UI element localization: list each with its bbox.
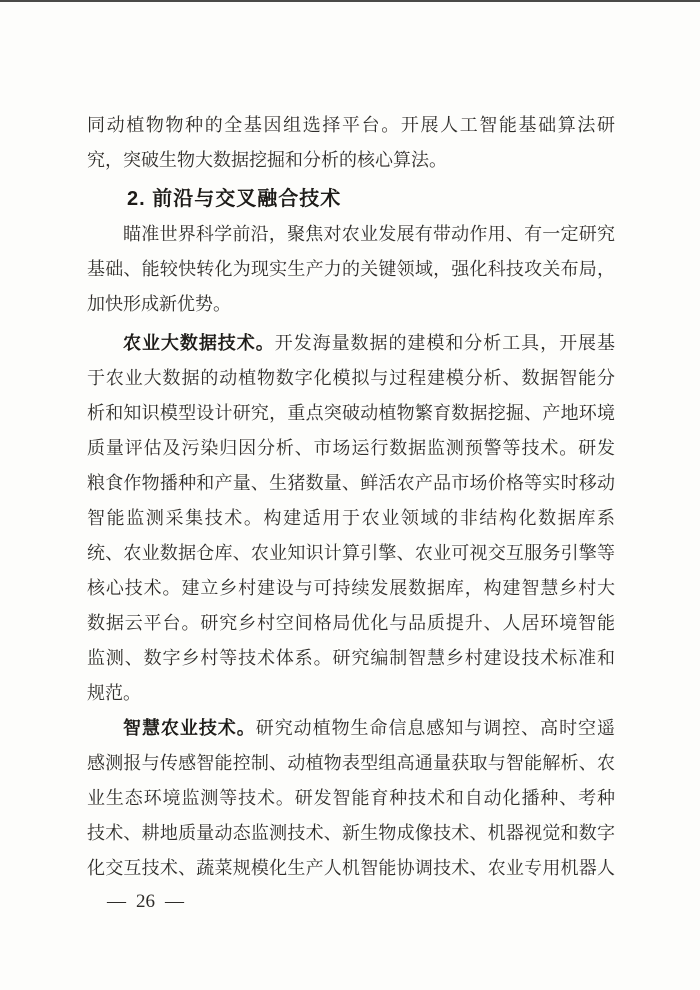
text-column: 同动植物物种的全基因组选择平台。开展人工智能基础算法研 究，突破生物大数据挖掘和… [87, 108, 615, 886]
footer-dash-left: — [107, 887, 126, 917]
text-line: 统、农业数据仓库、农业知识计算引擎、农业可视交互服务引擎等 [87, 536, 615, 571]
text-line: 同动植物物种的全基因组选择平台。开展人工智能基础算法研 [87, 108, 615, 143]
text-line: 于农业大数据的动植物数字化模拟与过程建模分析、数据智能分 [87, 361, 615, 396]
text-line: 瞄准世界科学前沿，聚焦对农业发展有带动作用、有一定研究 [87, 217, 615, 252]
text-line: 农业大数据技术。开发海量数据的建模和分析工具，开展基 [87, 326, 615, 361]
text-line: 质量评估及污染归因分析、市场运行数据监测预警等技术。研发 [87, 431, 615, 466]
text-line: 感测报与传感智能控制、动植物表型组高通量获取与智能解析、农 [87, 746, 615, 781]
text-line: 基础、能较快转化为现实生产力的关键领域，强化科技攻关布局， [87, 252, 615, 287]
text-line: 核心技术。建立乡村建设与可持续发展数据库，构建智慧乡村大 [87, 571, 615, 606]
text-line: 监测、数字乡村等技术体系。研究编制智慧乡村建设技术标准和 [87, 641, 615, 676]
text-line: 数据云平台。研究乡村空间格局优化与品质提升、人居环境智能 [87, 606, 615, 641]
text-line: 加快形成新优势。 [87, 287, 615, 322]
text-line: 智慧农业技术。研究动植物生命信息感知与调控、高时空遥 [87, 711, 615, 746]
text-segment: 研究动植物生命信息感知与调控、高时空遥 [256, 718, 615, 738]
text-line: 究，突破生物大数据挖掘和分析的核心算法。 [87, 143, 615, 178]
term-bold-lead: 农业大数据技术。 [123, 333, 275, 353]
text-line: 粮食作物播种和产量、生猪数量、鲜活农产品市场价格等实时移动 [87, 466, 615, 501]
text-line: 化交互技术、蔬菜规模化生产人机智能协调技术、农业专用机器人 [87, 851, 615, 886]
text-line: 规范。 [87, 676, 615, 711]
text-line: 析和知识模型设计研究，重点突破动植物繁育数据挖掘、产地环境 [87, 396, 615, 431]
document-page: 同动植物物种的全基因组选择平台。开展人工智能基础算法研 究，突破生物大数据挖掘和… [0, 0, 700, 990]
section-heading: 2. 前沿与交叉融合技术 [87, 182, 615, 217]
term-bold-lead: 智慧农业技术。 [123, 718, 256, 738]
scan-edge [0, 0, 700, 2]
footer-dash-right: — [165, 887, 184, 917]
text-line: 技术、耕地质量动态监测技术、新生物成像技术、机器视觉和数字 [87, 816, 615, 851]
text-line: 业生态环境监测等技术。研发智能育种技术和自动化播种、考种 [87, 781, 615, 816]
text-line: 智能监测采集技术。构建适用于农业领域的非结构化数据库系 [87, 501, 615, 536]
page-number: 26 [136, 891, 155, 912]
page-footer: —26— [97, 887, 194, 917]
text-segment: 开发海量数据的建模和分析工具，开展基 [275, 333, 615, 353]
